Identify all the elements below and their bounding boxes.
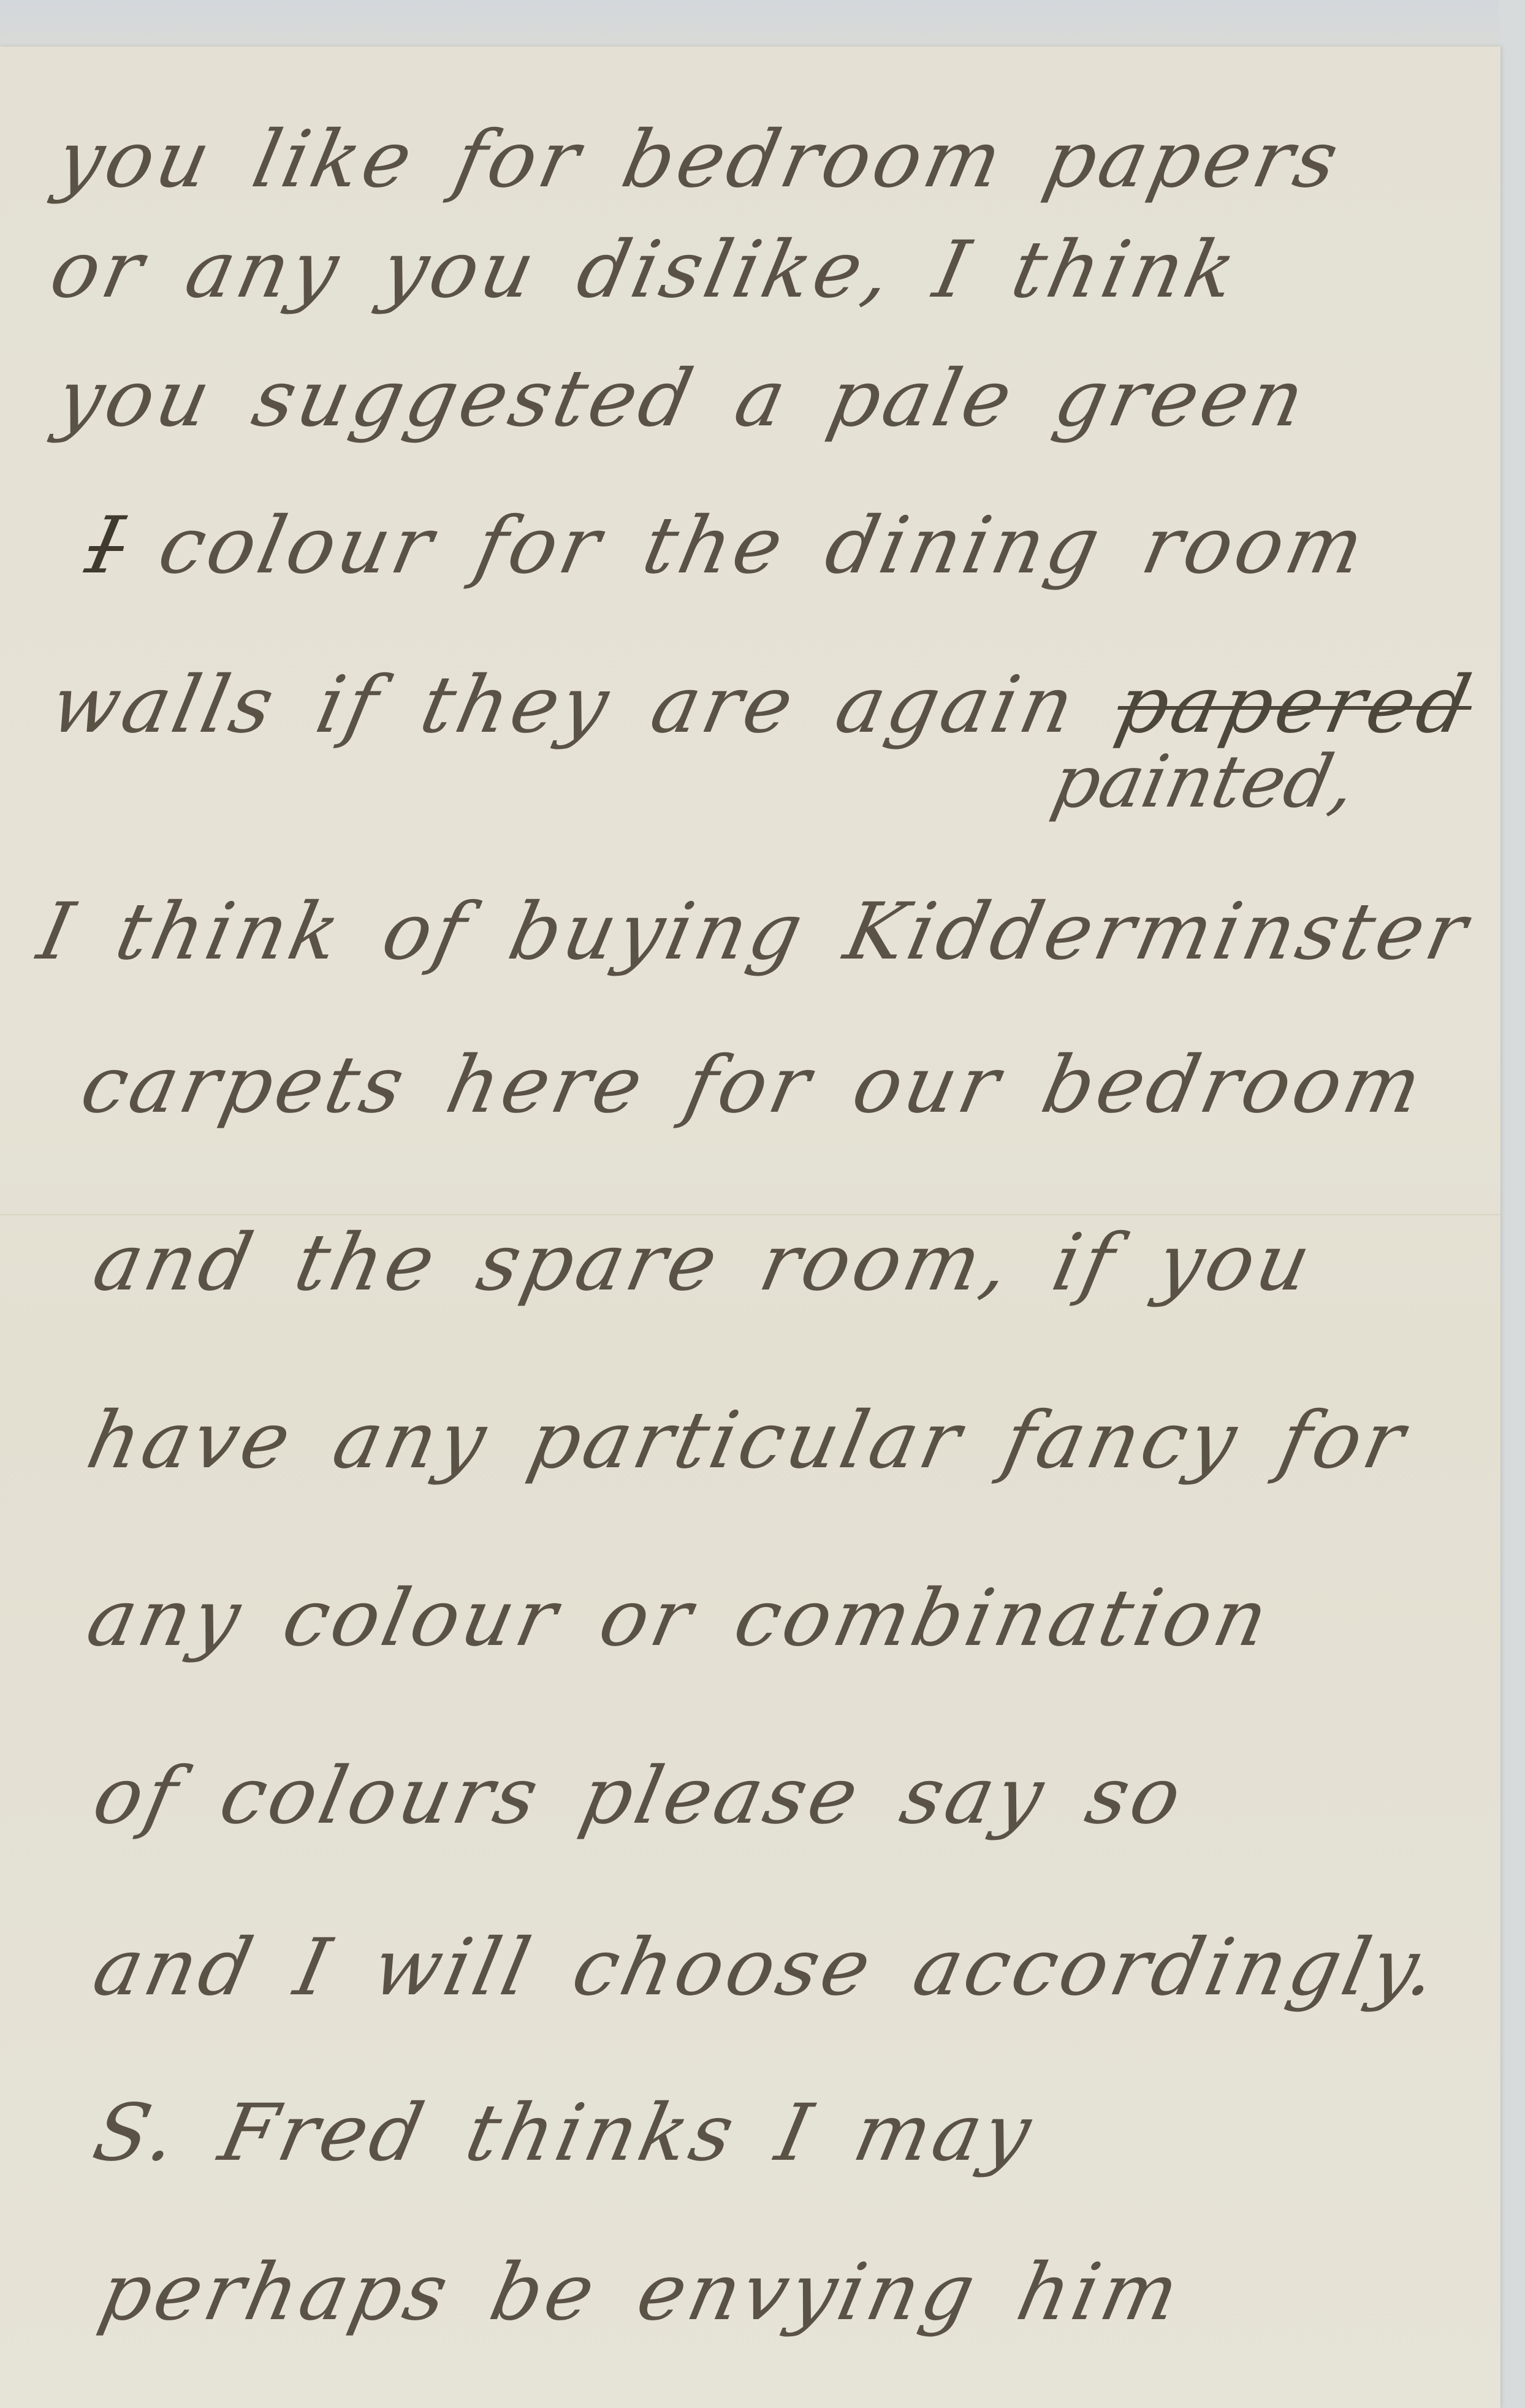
word: dislike, [569,224,903,316]
word: a [727,353,797,444]
word: accordingly. [905,1922,1448,2013]
word: Fred [212,2087,435,2179]
word: colour [151,500,444,591]
word: I [927,224,981,316]
word: particular [521,1395,972,1486]
word: bedroom [615,114,1013,205]
word: I [769,2087,823,2179]
word: of [375,886,477,978]
word: for [1271,1395,1415,1486]
struck-out-letter: I [80,500,134,591]
letter-line-5: wallsiftheyareagainpapered [0,659,1525,751]
word: have [80,1395,302,1486]
letter-line-12: andIwillchooseaccordingly. [0,1922,1525,2013]
word: think [1004,224,1247,316]
word: carpets [74,1039,416,1131]
word: spare [470,1217,729,1308]
word: and [86,1217,264,1308]
letter-line-8: andthespareroom,ifyou [0,1217,1525,1308]
letter-line-6: IthinkofbuyingKidderminster [0,886,1525,978]
word: green [1047,353,1316,444]
word: thinks [458,2087,745,2179]
letter-line-3: yousuggestedapalegreen [0,353,1525,444]
word: you [49,114,221,205]
word: if [1045,1217,1126,1308]
word: any [325,1395,498,1486]
word: our [845,1039,1011,1131]
word: are [644,659,805,751]
struck-out-word: papered [1109,659,1481,751]
word: perhaps [92,2247,459,2338]
word: be [482,2247,606,2338]
letter-line-10: anycolourorcombination [0,1573,1525,1664]
word: dining [818,500,1111,591]
background-top [0,0,1525,48]
inserted-correction: painted, [1045,739,1363,824]
letter-line-13: S.FredthinksImay [0,2087,1525,2179]
paper-fold-line [0,1214,1500,1215]
word: I [31,886,85,978]
word: here [439,1039,654,1131]
word: so [1078,1750,1192,1842]
word: please [573,1750,870,1842]
word: buying [501,886,814,978]
word: pale [821,353,1024,444]
word: choose [565,1922,882,2013]
word: if [308,659,389,751]
word: colours [212,1750,549,1842]
word: any [178,224,350,316]
word: room, [752,1217,1021,1308]
word: you [49,353,221,444]
letter-line-2: oranyyoudislike,Ithink [0,224,1525,316]
word: the [287,1217,446,1308]
letter-line-7: carpetshereforourbedroom [0,1039,1525,1131]
letter-line-11: ofcolourspleasesayso [0,1750,1525,1842]
word: suggested [245,353,704,444]
word: papers [1036,114,1349,205]
word: S. [86,2087,188,2179]
word: may [846,2087,1043,2179]
word: like [245,114,424,205]
word: envying [629,2247,986,2338]
letter-line-4: Icolourforthediningroom [0,500,1525,591]
word: say [893,1750,1055,1842]
word: for [677,1039,821,1131]
word: colour [275,1573,568,1664]
word: fancy [995,1395,1248,1486]
word: room [1135,500,1375,591]
word: you [373,224,546,316]
word: walls [43,659,285,751]
word: and [86,1922,264,2013]
word: him [1010,2247,1190,2338]
word: or [43,224,154,316]
letter-page: youlikeforbedroompapers oranyyoudislike,… [0,47,1500,2408]
word: for [468,500,612,591]
word: of [86,1750,189,1842]
word: think [108,886,351,978]
letter-line-14: perhapsbeenvyinghim [0,2247,1525,2338]
word: I [287,1922,341,2013]
word: combination [727,1573,1279,1664]
word: or [591,1573,703,1664]
word: they [413,659,620,751]
word: the [636,500,794,591]
word: any [80,1573,252,1664]
word: you [1149,1217,1322,1308]
word: again [828,659,1086,751]
word: bedroom [1034,1039,1432,1131]
letter-line-1: youlikeforbedroompapers [0,114,1525,205]
word: will [365,1922,541,2013]
letter-line-9: haveanyparticularfancyfor [0,1395,1525,1486]
word: Kidderminster [837,886,1478,978]
word: for [447,114,591,205]
